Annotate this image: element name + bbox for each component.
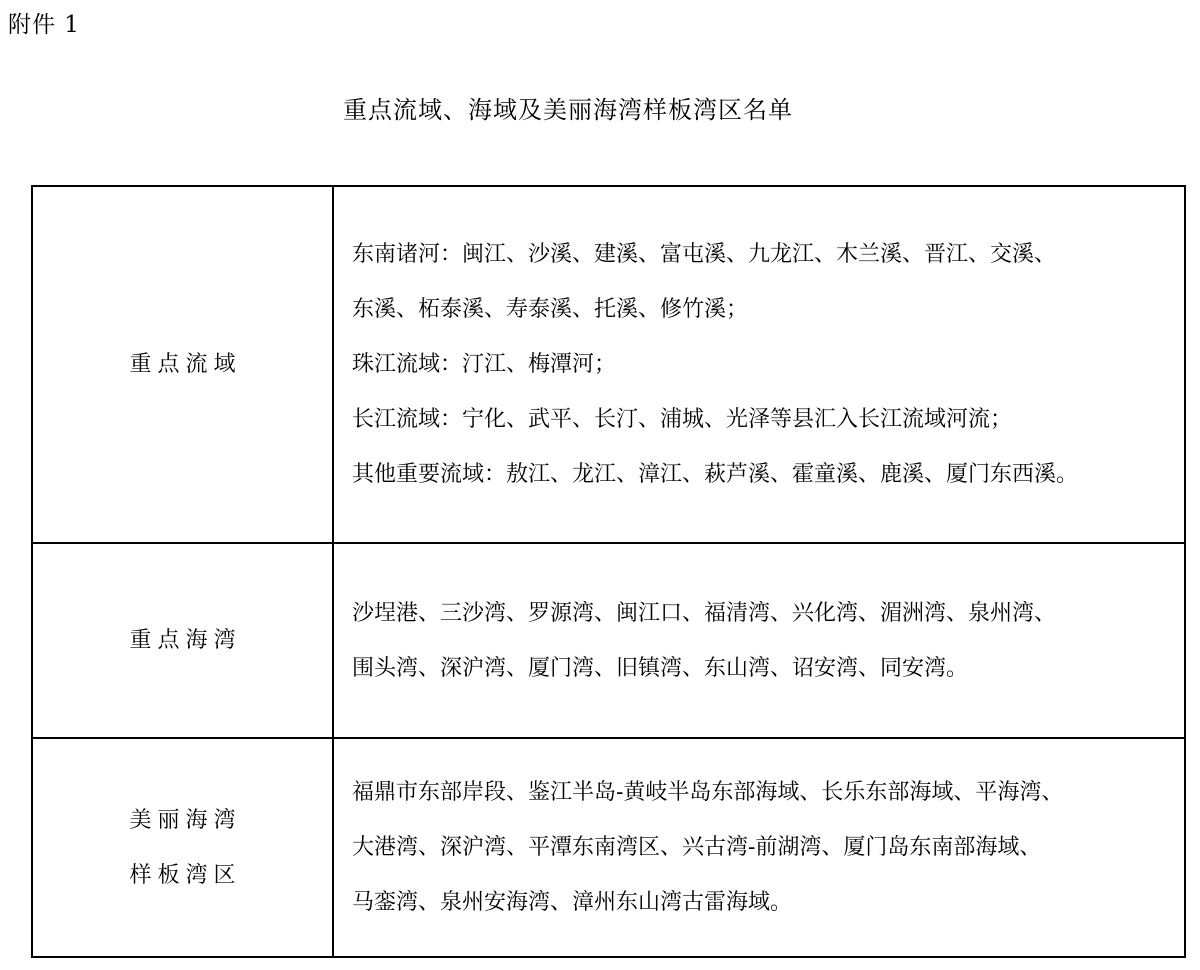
content-line: 长江流域：宁化、武平、长汀、浦城、光泽等县汇入长江流域河流；	[352, 392, 1178, 447]
table-row-beautiful-bays: 美丽海湾 样板湾区 福鼎市东部岸段、鉴江半岛-黄岐半岛东部海域、长乐东部海域、平…	[33, 739, 1184, 956]
row-content-cell: 沙埕港、三沙湾、罗源湾、闽江口、福清湾、兴化湾、湄洲湾、泉州湾、 围头湾、深沪湾…	[334, 544, 1184, 737]
table-row-key-basins: 重点流域 东南诸河：闽江、沙溪、建溪、富屯溪、九龙江、木兰溪、晋江、交溪、 东溪…	[33, 187, 1184, 544]
table: 重点流域 东南诸河：闽江、沙溪、建溪、富屯溪、九龙江、木兰溪、晋江、交溪、 东溪…	[31, 185, 1186, 958]
row-header-cell: 美丽海湾 样板湾区	[33, 739, 334, 956]
document-title: 重点流域、海域及美丽海湾样板湾区名单	[0, 90, 1168, 125]
row-header-text: 重点流域	[123, 337, 241, 392]
content-line: 福鼎市东部岸段、鉴江半岛-黄岐半岛东部海域、长乐东部海域、平海湾、	[352, 765, 1178, 820]
row-content-cell: 福鼎市东部岸段、鉴江半岛-黄岐半岛东部海域、长乐东部海域、平海湾、 大港湾、深沪…	[334, 739, 1184, 956]
row-header-text: 重点海湾	[123, 613, 241, 668]
row-content-cell: 东南诸河：闽江、沙溪、建溪、富屯溪、九龙江、木兰溪、晋江、交溪、 东溪、柘泰溪、…	[334, 187, 1184, 542]
content-line: 东南诸河：闽江、沙溪、建溪、富屯溪、九龙江、木兰溪、晋江、交溪、	[352, 227, 1178, 282]
content-line: 大港湾、深沪湾、平潭东南湾区、兴古湾-前湖湾、厦门岛东南部海域、	[352, 820, 1178, 875]
attachment-label: 附件 1	[8, 6, 80, 39]
document-page: 附件 1 重点流域、海域及美丽海湾样板湾区名单 重点流域 东南诸河：闽江、沙溪、…	[0, 0, 1200, 970]
content-line: 马銮湾、泉州安海湾、漳州东山湾古雷海域。	[352, 875, 1178, 930]
content-line: 其他重要流域：敖江、龙江、漳江、萩芦溪、霍童溪、鹿溪、厦门东西溪。	[352, 447, 1178, 502]
document-title-text: 重点流域、海域及美丽海湾样板湾区名单	[343, 96, 793, 124]
row-header-text: 样板湾区	[123, 848, 241, 903]
row-header-text: 美丽海湾	[123, 793, 241, 848]
content-line: 沙埕港、三沙湾、罗源湾、闽江口、福清湾、兴化湾、湄洲湾、泉州湾、	[352, 586, 1178, 641]
content-line: 东溪、柘泰溪、寿泰溪、托溪、修竹溪；	[352, 282, 1178, 337]
content-line: 珠江流域：汀江、梅潭河；	[352, 337, 1178, 392]
row-header-cell: 重点海湾	[33, 544, 334, 737]
table-row-key-bays: 重点海湾 沙埕港、三沙湾、罗源湾、闽江口、福清湾、兴化湾、湄洲湾、泉州湾、 围头…	[33, 544, 1184, 739]
content-line: 围头湾、深沪湾、厦门湾、旧镇湾、东山湾、诏安湾、同安湾。	[352, 641, 1178, 696]
row-header-cell: 重点流域	[33, 187, 334, 542]
